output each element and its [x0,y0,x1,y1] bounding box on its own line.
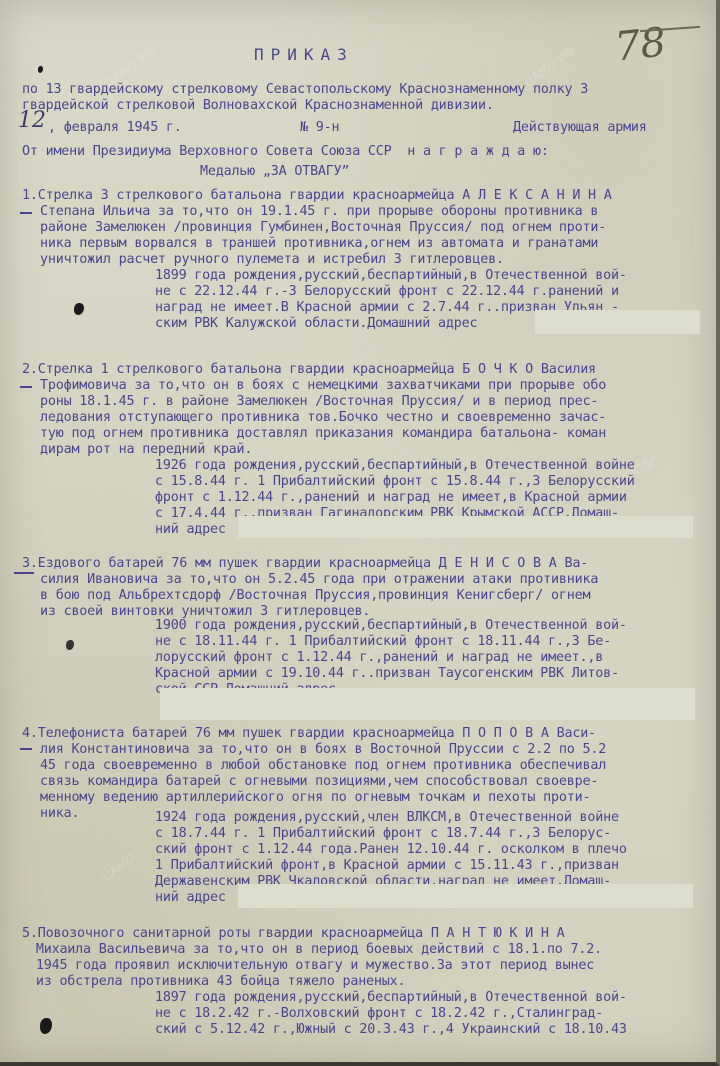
header-line: гвардейской стрелковой Волновахской Крас… [22,98,494,114]
entry-4-bio: ский фронт с 1.12.44 года.Ранен 12.10.44… [155,842,627,858]
entry-4-bio: 1924 года рождения,русский,член ВЛКСМ,в … [155,810,619,826]
entry-4-line: 4.Телефониста батарей 76 мм пушек гварди… [22,726,596,742]
entry-2-line: роны 18.1.45 г. в районе Замелюкен /Вост… [40,394,598,410]
entry-4-line: связь командира батарей с огневыми позиц… [40,774,598,790]
punch-hole-mark [40,1018,52,1034]
entry-4-line: ника. [40,806,79,822]
award-name: Медалью „ЗА ОТВАГУ” [200,164,349,180]
entry-2-line: ледования отступающего противника тов.Бо… [40,410,606,426]
order-location: Действующая армия [513,120,647,136]
margin-dash [20,386,32,388]
punch-hole-mark [74,303,84,315]
entry-4-line: лия Константиновича за то,что он в боях … [40,742,606,758]
entry-3-bio: 1900 года рождения,русский,беспартийный,… [155,618,627,634]
punch-hole-mark [66,640,74,650]
entry-4-bio: с 18.7.44 г. 1 Прибалтийский фронт с 18.… [155,826,611,842]
redacted-address [238,884,693,908]
entry-3-bio: не с 18.11.44 г. 1 Прибалтийский фронт с… [155,634,611,650]
entry-3-line: силия Ивановича за то,что он 5.2.45 года… [40,572,598,588]
punch-hole-mark [38,66,43,73]
entry-1-bio: не с 22.12.44 г.-3 Белорусский фронт с 2… [155,284,619,300]
entry-4-bio: ний адрес [155,890,226,906]
entry-2-bio: 1926 года рождения,русский,беспартийный,… [155,458,635,474]
entry-3-line: в бою под Альбрехтсдорф /Восточная Прусс… [40,588,590,604]
redacted-address [160,688,695,720]
margin-dash [20,748,32,750]
entry-5-bio: ский с 5.12.42 г.,Южный с 20.3.43 г.,4 У… [155,1022,627,1038]
entry-2-line: Трофимовича за то,что он в боях с немецк… [40,378,606,394]
entry-3-line: 3.Ездового батарей 76 мм пушек гвардии к… [22,556,588,572]
redacted-address [535,310,700,334]
header-line: по 13 гвардейскому стрелковому Севастопо… [22,82,588,98]
document-title: ПРИКАЗ [254,45,354,64]
entry-2-bio: ний адрес [155,522,226,538]
handwritten-date-day: 12 [18,108,46,133]
preamble: От имени Президиума Верховного Совета Со… [22,144,549,160]
margin-dash [20,212,32,214]
entry-2-bio: с 15.8.44 г. 1 Прибалтийский фронт с 15.… [155,474,635,490]
entry-2-line: дирам рот на передний край. [40,442,252,458]
entry-5-line: из обстрела противника 43 бойца тяжело р… [28,974,405,990]
entry-5-line: Михаила Васильевича за то,что он в перио… [28,942,602,958]
entry-2-line: тую под огнем противника доставлял прика… [40,426,606,442]
handwritten-page-number: 78 [613,19,668,70]
entry-3-bio: лорусский фронт с 1.12.44 г.,ранений и н… [155,650,603,666]
entry-5-line: 5.Повозочного санитарной роты гвардии кр… [22,926,564,942]
order-number: № 9-н [300,120,339,136]
order-date: , февраля 1945 г. [48,120,182,136]
entry-2-bio: фронт с 1.12.44 г.,ранений и наград не и… [155,490,627,506]
entry-3-bio: Красной армии с 19.10.44 г..призван Таус… [155,666,619,682]
entry-5-line: 1945 года проявил исключительную отвагу … [28,958,594,974]
entry-5-bio: не с 18.2.42 г.-Волховский фронт с 18.2.… [155,1006,603,1022]
entry-1-line: районе Замелюкен /провинция Гумбинен,Вос… [40,220,606,236]
entry-4-line: менному ведению артиллерийского огня по … [40,790,590,806]
entry-1-line: уничтожил расчет ручного пулемета и истр… [40,252,504,268]
entry-4-line: 45 года своевременно в любой обстановке … [40,758,606,774]
entry-4-bio: 1 Прибалтийский фронт,в Красной армии с … [155,858,619,874]
entry-5-bio: 1897 года рождения,русский,беспартийный,… [155,990,627,1006]
entry-1-line: 1.Стрелка 3 стрелкового батальона гварди… [22,188,612,204]
entry-1-bio: ским РВК Калужской области.Домашний адре… [155,316,477,332]
watermark: ЦАМО [99,851,138,884]
entry-1-line: Степана Ильича за то,что он 19.1.45 г. п… [40,204,598,220]
entry-1-bio: 1899 года рождения,русский,беспартийный,… [155,268,627,284]
redacted-address [238,516,693,538]
entry-2-line: 2.Стрелка 1 стрелкового батальона гварди… [22,362,596,378]
entry-1-line: ника первым ворвался в траншей противник… [40,236,598,252]
margin-dash [14,572,34,574]
scanned-document-page: ЦАМО РФ ЦАМО РФ ПАМЯТЬ НАРОДА ПАМЯТЬ НАР… [0,0,720,1066]
